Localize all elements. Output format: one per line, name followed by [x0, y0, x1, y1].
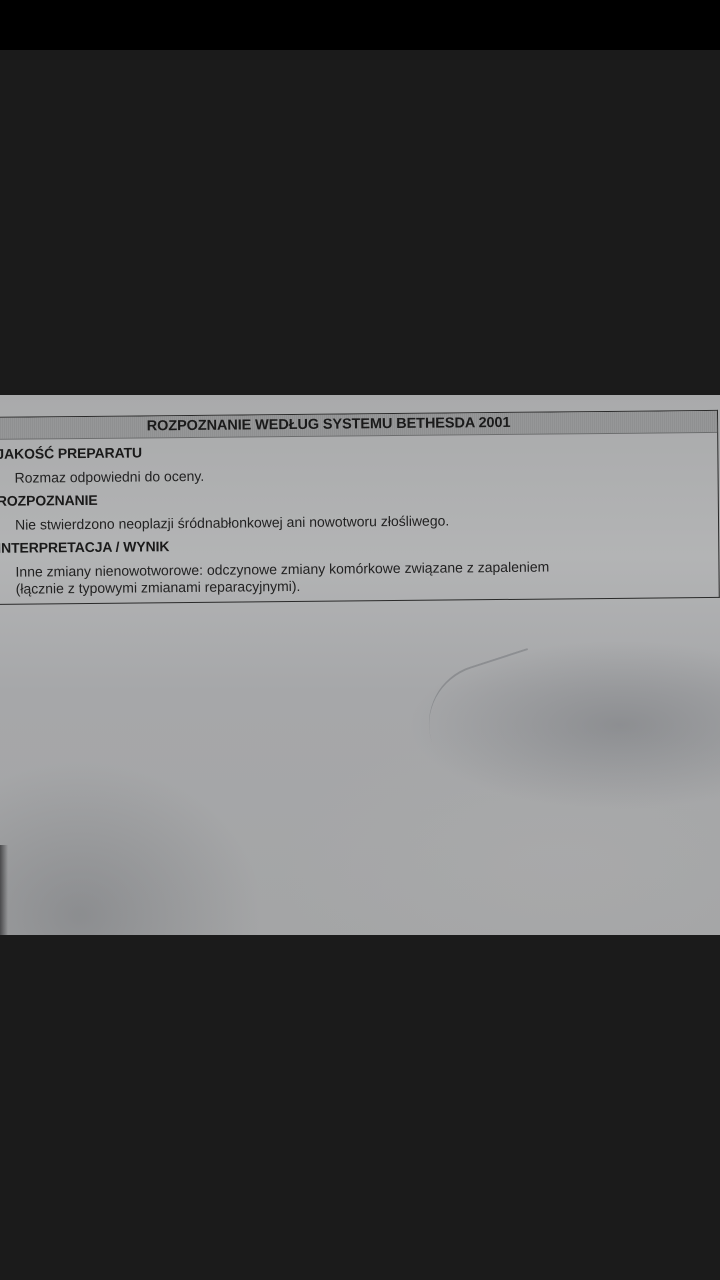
- section-interpretation: INTERPRETACJA / WYNIK Inne zmiany nienow…: [0, 533, 719, 598]
- section-title: JAKOŚĆ PREPARATU: [0, 439, 717, 462]
- status-bar: [0, 0, 720, 50]
- report-header: ROZPOZNANIE WEDŁUG SYSTEMU BETHESDA 2001: [0, 411, 717, 440]
- section-specimen-quality: JAKOŚĆ PREPARATU Rozmaz odpowiedni do oc…: [0, 439, 718, 487]
- section-title: INTERPRETACJA / WYNIK: [0, 533, 718, 556]
- report-box: ROZPOZNANIE WEDŁUG SYSTEMU BETHESDA 2001…: [0, 410, 720, 605]
- paper-fold: [413, 648, 546, 744]
- document-photo[interactable]: ROZPOZNANIE WEDŁUG SYSTEMU BETHESDA 2001…: [0, 395, 720, 935]
- section-diagnosis: ROZPOZNANIE Nie stwierdzono neoplazji śr…: [0, 486, 718, 534]
- section-text-block: Inne zmiany nienowotworowe: odczynowe zm…: [15, 557, 718, 598]
- section-text: Rozmaz odpowiedni do oceny.: [15, 463, 718, 487]
- bethesda-report: ROZPOZNANIE WEDŁUG SYSTEMU BETHESDA 2001…: [0, 410, 720, 605]
- finger-shadow: [0, 845, 8, 935]
- section-text: Nie stwierdzono neoplazji śródnabłonkowe…: [15, 510, 718, 534]
- section-title: ROZPOZNANIE: [0, 486, 718, 509]
